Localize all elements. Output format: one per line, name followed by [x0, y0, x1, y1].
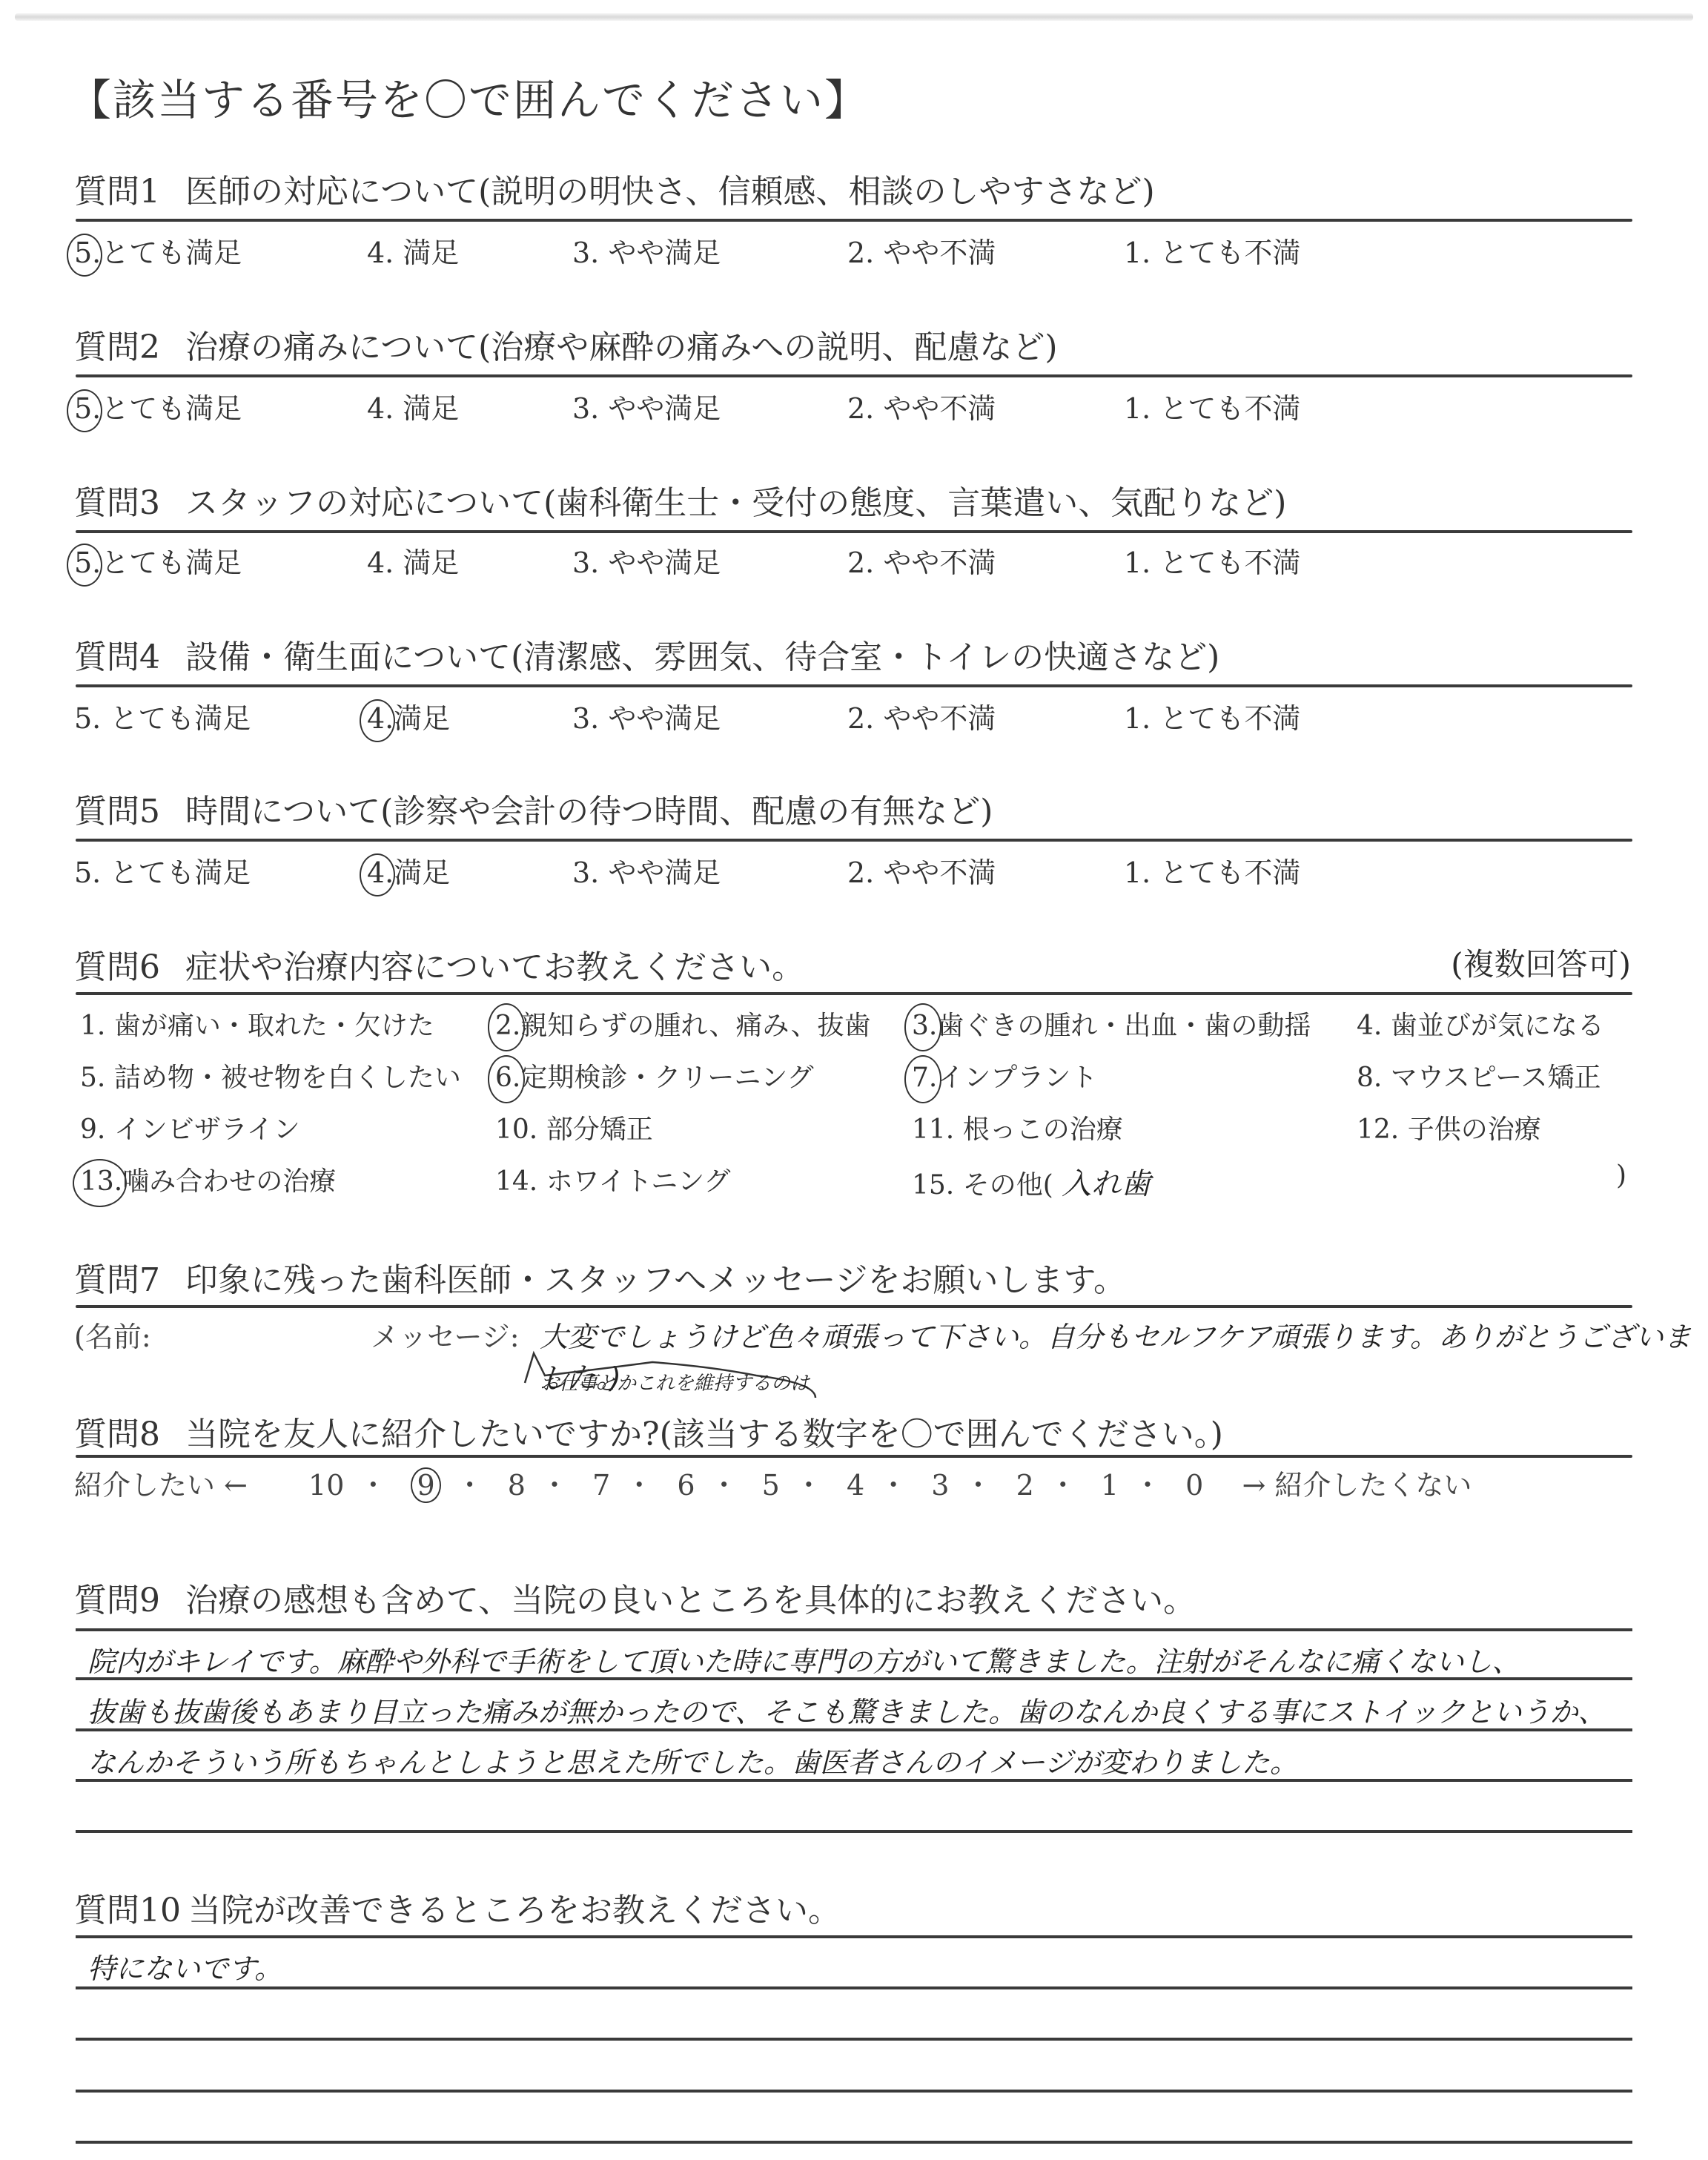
question-number: 質問1 — [74, 173, 160, 211]
divider — [76, 684, 1632, 687]
question-number: 質問9 — [74, 1582, 160, 1619]
option-4[interactable]: 4. 満足 — [367, 540, 459, 581]
option-label: とても満足 — [101, 546, 242, 579]
scale-2[interactable]: 2 — [1016, 1469, 1034, 1502]
answer-line — [76, 2038, 1632, 2041]
scale-0[interactable]: 0 — [1185, 1469, 1203, 1502]
question-7-heading: 質問7印象に残った歯科医師・スタッフへメッセージをお願いします。 — [74, 1253, 1126, 1301]
symptom-option-selected[interactable]: 7.インプラント — [912, 1057, 1097, 1094]
question-1-heading: 質問1医師の対応について(説明の明快さ、信頼感、相談のしやすさなど) — [74, 165, 1155, 212]
question-number: 質問3 — [74, 484, 160, 522]
circle-mark-icon: 5. — [74, 237, 101, 269]
question-text: 症状や治療内容についてお教えください。 — [185, 948, 804, 986]
scale-4[interactable]: 4 — [847, 1469, 864, 1502]
option-label: 満足 — [394, 856, 450, 889]
option-5-selected[interactable]: 5.とても満足 — [74, 540, 242, 581]
option-label: とても満足 — [101, 392, 242, 425]
divider — [76, 219, 1632, 222]
answer-handwritten-line: 抜歯も抜歯後もあまり目立った痛みが無かったので、そこも驚きました。歯のなんか良く… — [87, 1689, 1606, 1730]
scale-5[interactable]: 5 — [762, 1469, 780, 1502]
option-3[interactable]: 3. やや満足 — [572, 230, 721, 271]
scale-7[interactable]: 7 — [592, 1469, 610, 1502]
question-4-heading: 質問4設備・衛生面について(清潔感、雰囲気、待合室・トイレの快適さなど) — [74, 630, 1219, 678]
option-1[interactable]: 1. とても不満 — [1124, 696, 1300, 736]
question-text: 当院が改善できるところをお教えください。 — [188, 1892, 841, 1929]
question-9-heading: 質問9治療の感想も含めて、当院の良いところを具体的にお教えください。 — [74, 1573, 1196, 1621]
scale-8[interactable]: 8 — [508, 1469, 526, 1502]
scan-top-edge — [15, 13, 1693, 21]
question-6-heading: 質問6症状や治療内容についてお教えください。 — [74, 940, 804, 988]
message-field-label: メッセージ: — [371, 1314, 520, 1355]
option-4-selected[interactable]: 4.満足 — [367, 850, 450, 891]
option-4[interactable]: 4. 満足 — [367, 230, 459, 271]
symptom-option[interactable]: 1. 歯が痛い・取れた・欠けた — [80, 1005, 434, 1043]
referral-scale: 紹介したい ← 10・ 9・ 8・ 7・ 6・ 5・ 4・ 3・ 2・ 1・ 0… — [74, 1462, 1472, 1503]
answer-line — [76, 1779, 1632, 1782]
question-3-heading: 質問3スタッフの対応について(歯科衛生士・受付の態度、言葉遣い、気配りなど) — [74, 476, 1286, 524]
option-2[interactable]: 2. やや不満 — [847, 386, 996, 426]
option-3[interactable]: 3. やや満足 — [572, 850, 721, 891]
question-text: スタッフの対応について(歯科衛生士・受付の態度、言葉遣い、気配りなど) — [185, 484, 1286, 522]
answer-line — [76, 2141, 1632, 2144]
answer-handwritten-line: なんかそういう所もちゃんとしようと思えた所でした。歯医者さんのイメージが変わりま… — [87, 1740, 1298, 1780]
option-5-selected[interactable]: 5.とても満足 — [74, 230, 242, 271]
question-10-heading: 質問10当院が改善できるところをお教えください。 — [74, 1883, 841, 1931]
answer-line — [76, 2090, 1632, 2093]
circle-mark-icon: 4. — [367, 702, 394, 735]
symptom-option-selected[interactable]: 6.定期検診・クリーニング — [495, 1057, 814, 1094]
option-3[interactable]: 3. やや満足 — [572, 386, 721, 426]
answer-handwritten-line: 院内がキレイです。麻酔や外科で手術をして頂いた時に専門の方がいて驚きました。注射… — [87, 1639, 1520, 1680]
symptom-option[interactable]: 10. 部分矯正 — [495, 1109, 653, 1146]
scale-6[interactable]: 6 — [677, 1469, 695, 1502]
question-number: 質問2 — [74, 328, 160, 366]
question-number: 質問5 — [74, 793, 160, 830]
question-text: 医師の対応について(説明の明快さ、信頼感、相談のしやすさなど) — [185, 173, 1155, 211]
divider — [76, 992, 1632, 995]
question-2-heading: 質問2治療の痛みについて(治療や麻酔の痛みへの説明、配慮など) — [74, 320, 1058, 368]
option-label: 満足 — [394, 702, 450, 735]
question-number: 質問6 — [74, 948, 160, 986]
question-number: 質問10 — [74, 1892, 181, 1929]
question-text: 治療の痛みについて(治療や麻酔の痛みへの説明、配慮など) — [185, 328, 1058, 366]
scale-9-selected[interactable]: 9 — [411, 1467, 440, 1503]
option-2[interactable]: 2. やや不満 — [847, 696, 996, 736]
symptom-option[interactable]: 8. マウスピース矯正 — [1357, 1057, 1601, 1094]
circle-mark-icon: 4. — [367, 856, 394, 889]
symptom-option[interactable]: 14. ホワイトニング — [495, 1160, 730, 1198]
scale-left-label: 紹介したい ← — [74, 1462, 248, 1503]
symptom-option-selected[interactable]: 2.親知らずの腫れ、痛み、抜歯 — [495, 1005, 871, 1043]
answer-line — [76, 1628, 1632, 1631]
message-inserted-note: お仕事とかこれを維持するのは — [540, 1368, 810, 1396]
multiple-answers-note: (複数回答可) — [1451, 940, 1631, 985]
option-5-selected[interactable]: 5.とても満足 — [74, 386, 242, 426]
option-1[interactable]: 1. とても不満 — [1124, 850, 1300, 891]
scale-1[interactable]: 1 — [1101, 1469, 1119, 1502]
answer-line — [76, 1728, 1632, 1731]
circle-mark-icon: 5. — [74, 546, 101, 579]
question-text: 印象に残った歯科医師・スタッフへメッセージをお願いします。 — [185, 1261, 1126, 1299]
symptom-option[interactable]: 12. 子供の治療 — [1357, 1109, 1541, 1146]
symptom-option-selected[interactable]: 3.歯ぐきの腫れ・出血・歯の動揺 — [912, 1005, 1311, 1043]
divider — [76, 374, 1632, 377]
divider — [76, 1455, 1632, 1458]
question-text: 治療の感想も含めて、当院の良いところを具体的にお教えください。 — [185, 1582, 1196, 1619]
divider — [76, 530, 1632, 533]
answer-line — [76, 1830, 1632, 1833]
option-4-selected[interactable]: 4.満足 — [367, 696, 450, 736]
symptom-option-other[interactable]: 15. その他( 入れ歯 — [912, 1160, 1151, 1203]
question-number: 質問4 — [74, 638, 160, 676]
option-1[interactable]: 1. とても不満 — [1124, 540, 1300, 581]
option-3[interactable]: 3. やや満足 — [572, 540, 721, 581]
form-instruction-title: 【該当する番号を〇で囲んでください】 — [68, 65, 869, 128]
answer-handwritten-line: 特にないです。 — [87, 1946, 282, 1986]
question-text: 設備・衛生面について(清潔感、雰囲気、待合室・トイレの快適さなど) — [185, 638, 1219, 676]
option-label: とても満足 — [101, 237, 242, 269]
scale-3[interactable]: 3 — [931, 1469, 949, 1502]
symptom-option-selected[interactable]: 13.噛み合わせの治療 — [80, 1160, 336, 1198]
name-field-label: (名前: — [74, 1314, 151, 1355]
symptom-option[interactable]: 11. 根っこの治療 — [912, 1109, 1123, 1146]
question-text: 時間について(診察や会計の待つ時間、配慮の有無など) — [185, 793, 993, 830]
option-4[interactable]: 4. 満足 — [367, 386, 459, 426]
divider — [76, 1305, 1632, 1308]
option-1[interactable]: 1. とても不満 — [1124, 386, 1300, 426]
circle-mark-icon: 5. — [74, 392, 101, 425]
answer-line — [76, 1677, 1632, 1680]
other-close-paren: ) — [1616, 1160, 1626, 1191]
other-handwritten-answer: 入れ歯 — [1062, 1167, 1151, 1201]
question-text: 当院を友人に紹介したいですか?(該当する数字を〇で囲んでください。) — [185, 1416, 1223, 1453]
option-2[interactable]: 2. やや不満 — [847, 230, 996, 271]
option-5[interactable]: 5. とても満足 — [74, 850, 251, 891]
option-3[interactable]: 3. やや満足 — [572, 696, 721, 736]
question-number: 質問7 — [74, 1261, 160, 1299]
option-2[interactable]: 2. やや不満 — [847, 850, 996, 891]
option-1[interactable]: 1. とても不満 — [1124, 230, 1300, 271]
scale-10[interactable]: 10 — [308, 1469, 344, 1502]
answer-line — [76, 1986, 1632, 1989]
symptom-option[interactable]: 4. 歯並びが気になる — [1357, 1005, 1604, 1043]
symptom-option[interactable]: 9. インビザライン — [80, 1109, 300, 1146]
symptom-option[interactable]: 5. 詰め物・被せ物を白くしたい — [80, 1057, 461, 1094]
question-5-heading: 質問5時間について(診察や会計の待つ時間、配慮の有無など) — [74, 785, 993, 832]
scale-right-label: → 紹介したくない — [1242, 1462, 1472, 1503]
question-number: 質問8 — [74, 1416, 160, 1453]
divider — [76, 839, 1632, 842]
answer-line — [76, 1935, 1632, 1938]
option-2[interactable]: 2. やや不満 — [847, 540, 996, 581]
option-5[interactable]: 5. とても満足 — [74, 696, 251, 736]
question-8-heading: 質問8当院を友人に紹介したいですか?(該当する数字を〇で囲んでください。) — [74, 1407, 1223, 1455]
